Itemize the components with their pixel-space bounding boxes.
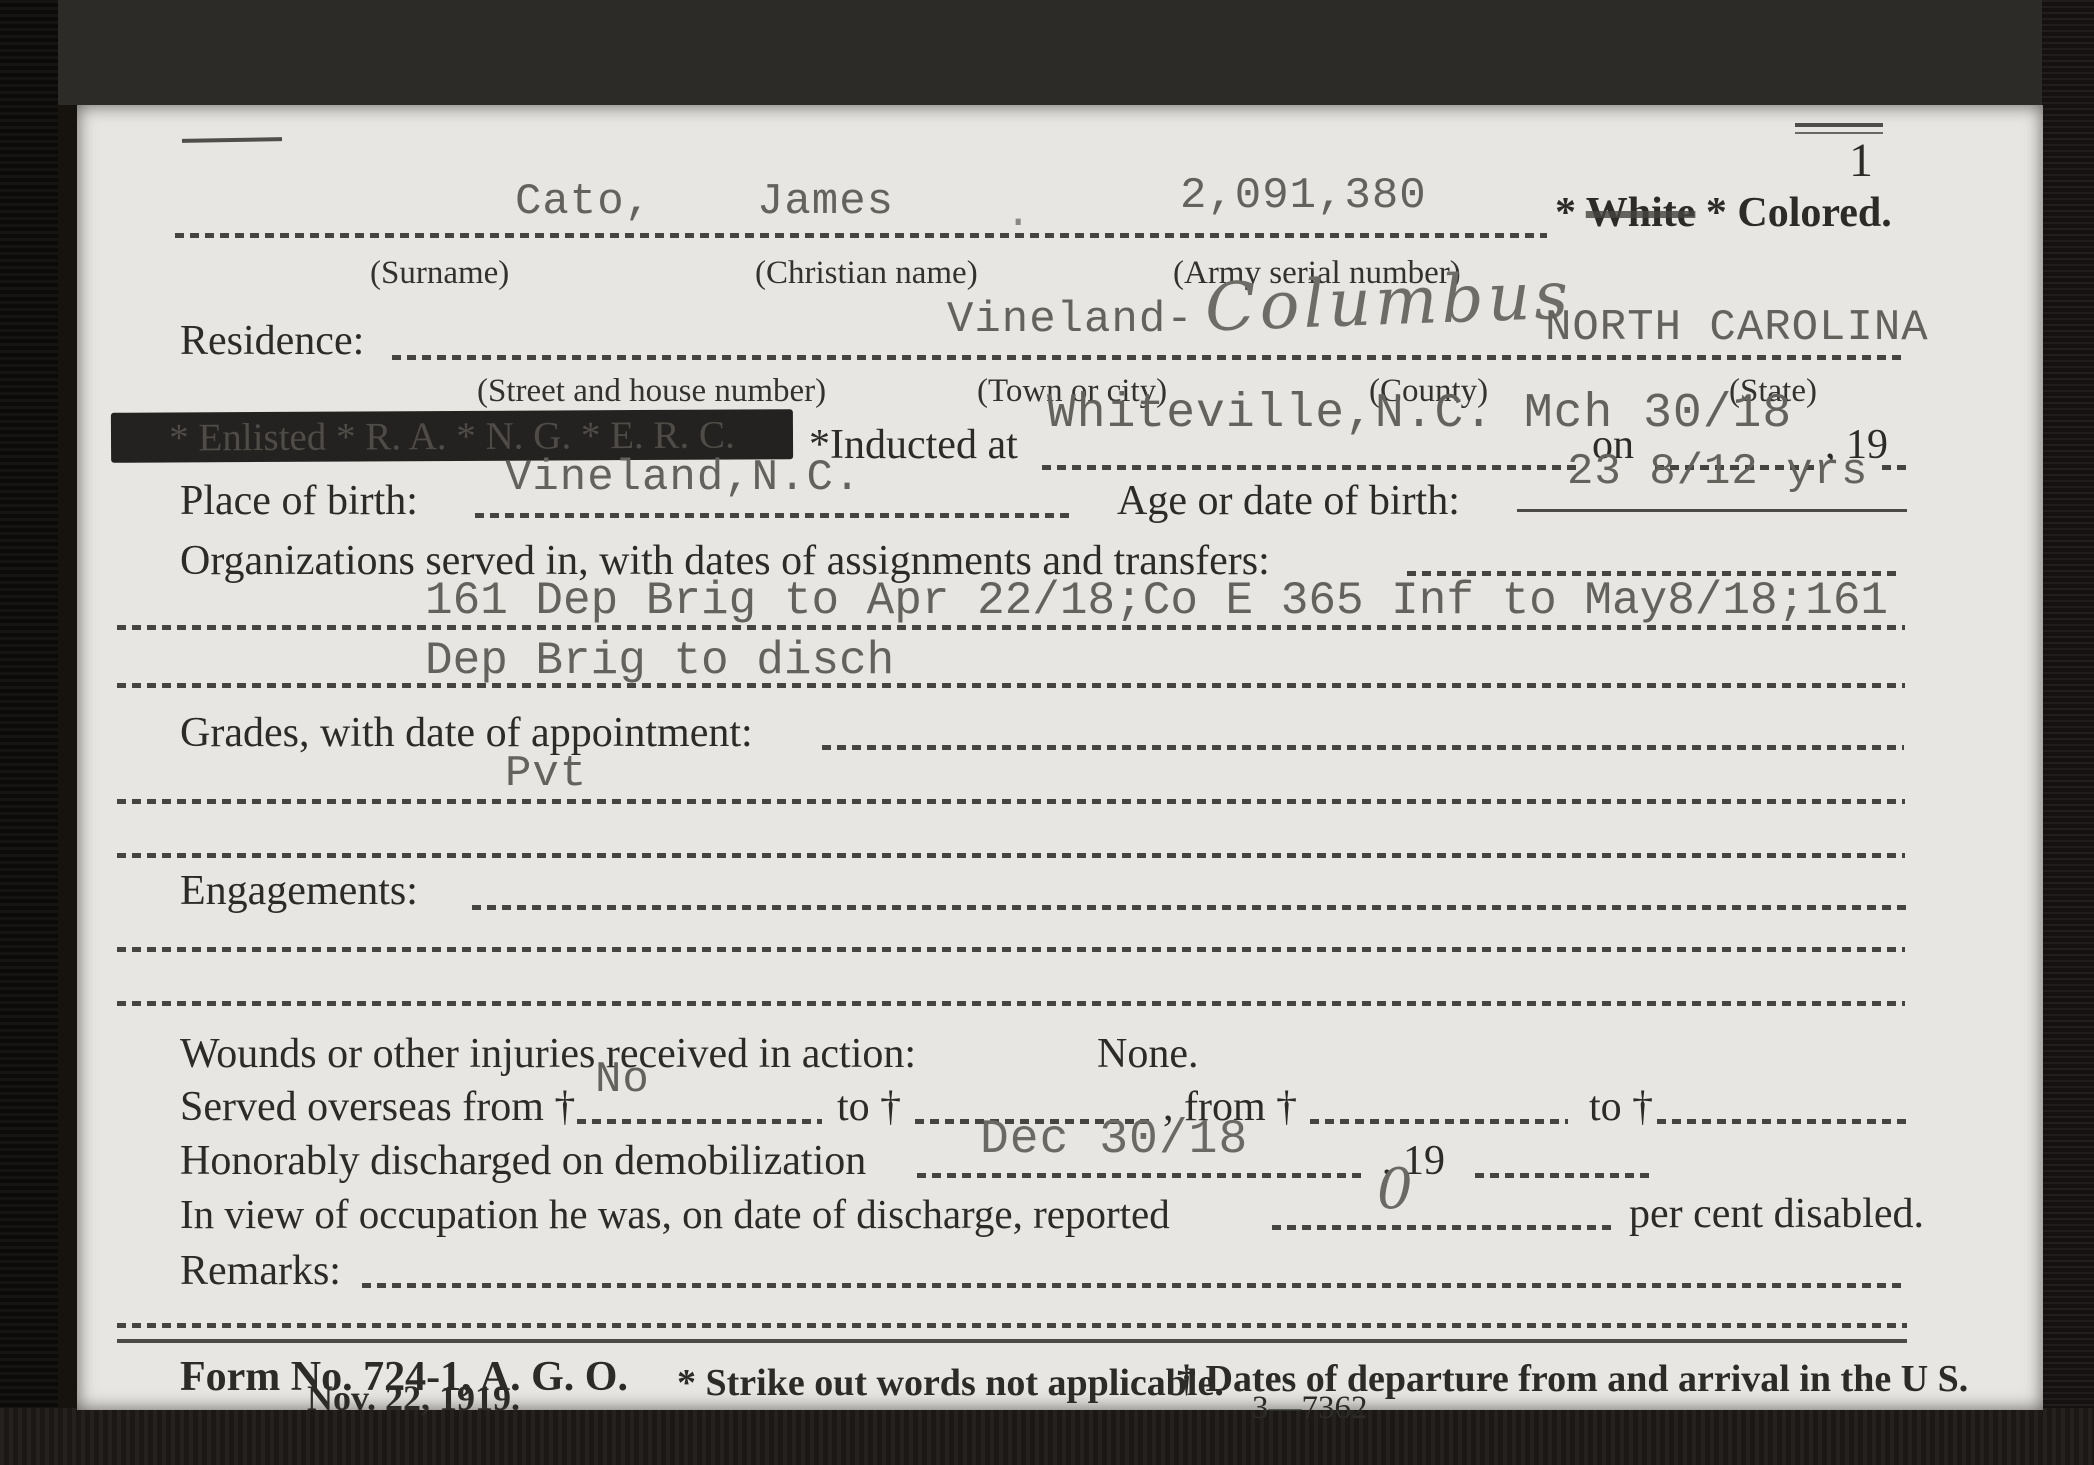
grades-label: Grades, with date of appointment: xyxy=(180,709,753,757)
overseas-from1-label: Served overseas from † xyxy=(180,1083,575,1131)
wounds-value: None. xyxy=(1097,1030,1198,1078)
name-field-line xyxy=(175,233,1547,238)
remarks-label: Remarks: xyxy=(180,1247,341,1295)
disability-suffix-label: per cent disabled. xyxy=(1629,1190,1924,1238)
strike-out-note: * Strike out words not applicable. xyxy=(677,1361,1224,1405)
race-asterisk: * xyxy=(1555,190,1576,236)
organizations-line1-value: 161 Dep Brig to Apr 22/18;Co E 365 Inf t… xyxy=(425,575,1888,627)
engagements-field-line xyxy=(472,905,1907,910)
residence-label: Residence: xyxy=(180,317,364,365)
inducted-at-field-line xyxy=(1042,465,1582,470)
race-selection: * White * Colored. xyxy=(1555,189,1892,237)
induction-place-date-value: Whiteville,N.C. Mch 30/18 xyxy=(1047,387,1792,441)
scan-background-top xyxy=(0,0,2094,105)
christian-name-label: (Christian name) xyxy=(755,255,978,292)
discharge-label: Honorably discharged on demobilization xyxy=(180,1137,866,1185)
place-of-birth-label: Place of birth: xyxy=(180,477,418,525)
discharge-year-field-line xyxy=(1475,1173,1650,1178)
residence-state-value: NORTH CAROLINA xyxy=(1545,303,1929,353)
engagements-label: Engagements: xyxy=(180,867,418,915)
age-value: 23 8/12 yrs xyxy=(1567,447,1868,497)
page-number: 1 xyxy=(1849,133,1873,188)
blank-rule-3 xyxy=(117,1001,1905,1006)
pen-mark-top-left xyxy=(182,137,282,143)
footer-divider-rule xyxy=(117,1339,1907,1343)
organizations-line1-rule xyxy=(117,625,1905,630)
overseas-to2-label: to † xyxy=(1589,1083,1653,1131)
scan-background-left xyxy=(0,0,58,1465)
organizations-line2-value: Dep Brig to disch xyxy=(425,635,894,687)
blank-rule-2 xyxy=(117,947,1905,952)
surname-value: Cato, xyxy=(515,177,652,227)
residence-town-value: Vineland- xyxy=(947,295,1194,345)
race-white-struck: White xyxy=(1586,190,1696,236)
residence-field-line xyxy=(392,355,1907,360)
form-date: Nov. 22, 1919. xyxy=(307,1377,520,1419)
blank-rule-4 xyxy=(117,1323,1907,1328)
disability-label: In view of occupation he was, on date of… xyxy=(180,1190,1170,1238)
grades-field-line xyxy=(822,745,1904,750)
age-field-underline xyxy=(1517,509,1907,512)
overseas-from1-field-line xyxy=(577,1119,822,1124)
place-of-birth-value: Vineland,N.C. xyxy=(505,453,861,503)
overseas-from1-value: No xyxy=(595,1055,650,1105)
christian-name-value: James xyxy=(757,177,894,227)
grades-rule xyxy=(117,799,1905,804)
disability-field-line xyxy=(1272,1225,1612,1230)
inducted-year-field-line xyxy=(1882,465,1907,470)
street-label: (Street and house number) xyxy=(477,373,826,410)
print-code: 3—7362 xyxy=(1252,1390,1368,1427)
place-of-birth-field-line xyxy=(475,513,1070,518)
organizations-line2-rule xyxy=(117,683,1905,688)
remarks-field-line xyxy=(362,1283,1907,1288)
stray-dot-mark: . xyxy=(1005,189,1032,239)
race-colored: * Colored. xyxy=(1706,190,1892,236)
overseas-to1-label: to † xyxy=(837,1083,901,1131)
surname-label: (Surname) xyxy=(370,255,509,292)
discharge-date-value: Dec 30/18 xyxy=(980,1113,1248,1167)
wounds-label: Wounds or other injuries received in act… xyxy=(180,1030,916,1078)
disability-value: 0 xyxy=(1377,1157,1413,1222)
blank-rule-1 xyxy=(117,853,1905,858)
service-record-card: 1 Cato, James . 2,091,380 * White * Colo… xyxy=(77,105,2043,1410)
scan-background-right xyxy=(2042,0,2094,1465)
discharge-field-line xyxy=(917,1173,1367,1178)
age-label: Age or date of birth: xyxy=(1117,477,1460,525)
residence-county-value: Columbus xyxy=(1204,257,1574,347)
serial-number-value: 2,091,380 xyxy=(1180,171,1427,221)
overseas-to2-field-line xyxy=(1657,1119,1907,1124)
grades-value: Pvt xyxy=(505,749,587,799)
overseas-from2-field-line xyxy=(1310,1119,1568,1124)
